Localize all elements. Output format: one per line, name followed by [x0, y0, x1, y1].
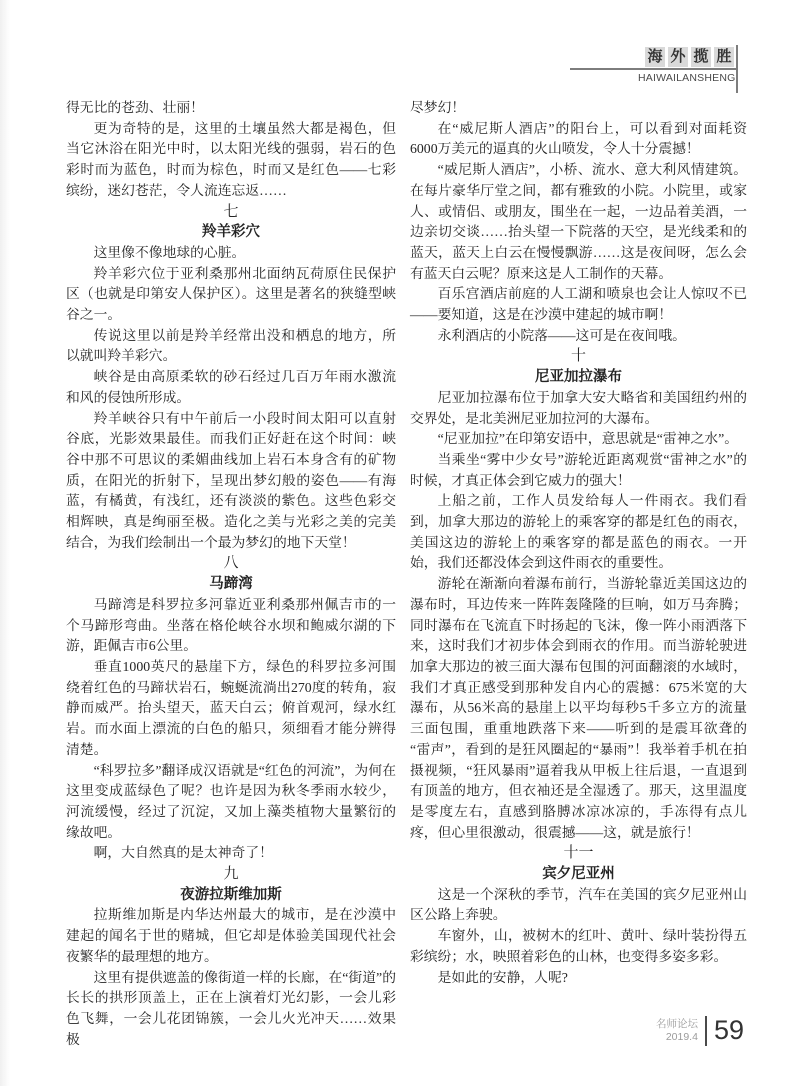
paragraph: 羚羊彩穴位于亚利桑那州北面纳瓦荷原住民保护区（也就是印第安人保护区）。这里是著名…	[66, 264, 396, 326]
paragraph: 车窗外，山，被树木的红叶、黄叶、绿叶装扮得五彩缤纷；水，映照着彩色的山林，也变得…	[410, 926, 747, 967]
paragraph: 这里像不像地球的心脏。	[66, 243, 396, 264]
journal-info: 名师论坛 2019.4	[656, 1018, 698, 1044]
section-title: 夜游拉斯维加斯	[66, 885, 396, 906]
paragraph-continuation: 尽梦幻！	[410, 98, 747, 119]
paragraph: 啊，大自然真的是太神奇了！	[66, 843, 396, 864]
section-title: 马蹄湾	[66, 574, 396, 595]
column-title-pinyin: HAIWAILANSHENG	[638, 72, 734, 84]
column-title-char: 外	[668, 47, 688, 67]
text-column-left: 得无比的苍劲、壮丽！更为奇特的是，这里的土壤虽然大都是褐色，但当它沐浴在阳光中时…	[66, 98, 396, 1050]
header-rule-vertical	[736, 45, 738, 93]
paragraph: 上船之前，工作人员发给每人一件雨衣。我们看到，加拿大那边的游轮上的乘客穿的都是红…	[410, 491, 747, 574]
paragraph: “尼亚加拉”在印第安语中，意思就是“雷神之水”。	[410, 429, 747, 450]
paragraph: 尼亚加拉瀑布位于加拿大安大略省和美国纽约州的交界处，是北美洲尼亚加拉河的大瀑布。	[410, 388, 747, 429]
section-number: 八	[66, 553, 396, 574]
section-title: 尼亚加拉瀑布	[410, 367, 747, 388]
page-number: 59	[714, 1015, 744, 1046]
footer-divider	[705, 1016, 707, 1046]
paragraph: 峡谷是由高原柔软的砂石经过几百万年雨水激流和风的侵蚀所形成。	[66, 367, 396, 408]
magazine-page: 海外揽胜 HAIWAILANSHENG 得无比的苍劲、壮丽！更为奇特的是，这里的…	[0, 0, 800, 1086]
paragraph: “科罗拉多”翻译成汉语就是“红色的河流”，为何在这里变成蓝绿色了呢？也许是因为秋…	[66, 761, 396, 844]
paragraph: 更为奇特的是，这里的土壤虽然大都是褐色，但当它沐浴在阳光中时，以太阳光线的强弱，…	[66, 119, 396, 202]
paragraph: 传说这里以前是羚羊经常出没和栖息的地方，所以就叫羚羊彩穴。	[66, 326, 396, 367]
header-rule-horizontal	[570, 68, 737, 70]
paragraph: 拉斯维加斯是内华达州最大的城市，是在沙漠中建起的闻名于世的赌城，但它却是体验美国…	[66, 905, 396, 967]
paragraph: 永利酒店的小院落——这可是在夜间哦。	[410, 326, 747, 347]
paragraph: 在“威尼斯人酒店”的阳台上，可以看到对面耗资6000万美元的逼真的火山喷发，令人…	[410, 119, 747, 160]
paragraph: 游轮在渐渐向着瀑布前行，当游轮靠近美国这边的瀑布时，耳边传来一阵阵轰隆隆的巨响，…	[410, 574, 747, 843]
column-title: 海外揽胜	[645, 47, 734, 67]
paragraph: 垂直1000英尺的悬崖下方，绿色的科罗拉多河围绕着红色的马蹄状岩石，蜿蜒流淌出2…	[66, 657, 396, 761]
column-title-char: 揽	[691, 47, 711, 67]
paragraph: 当乘坐“雾中少女号”游轮近距离观赏“雷神之水”的时候，才真正体会到它威力的强大！	[410, 450, 747, 491]
paragraph: 是如此的安静，人呢?	[410, 968, 747, 989]
journal-issue: 2019.4	[656, 1031, 698, 1044]
section-title: 羚羊彩穴	[66, 222, 396, 243]
scan-edge-shadow	[0, 0, 10, 1086]
paragraph: 马蹄湾是科罗拉多河靠近亚利桑那州佩吉市的一个马蹄形弯曲。坐落在格伦峡谷水坝和鲍威…	[66, 595, 396, 657]
page-footer: 名师论坛 2019.4 59	[656, 1015, 744, 1046]
paragraph: 羚羊峡谷只有中午前后一小段时间太阳可以直射谷底，光影效果最佳。而我们正好赶在这个…	[66, 409, 396, 554]
paragraph: 这里有提供遮盖的像街道一样的长廊，在“街道”的长长的拱形顶盖上，正在上演着灯光幻…	[66, 968, 396, 1051]
section-number: 十	[410, 346, 747, 367]
paragraph: 这是一个深秋的季节，汽车在美国的宾夕尼亚州山区公路上奔驶。	[410, 885, 747, 926]
column-title-char: 海	[645, 47, 665, 67]
text-column-right: 尽梦幻！在“威尼斯人酒店”的阳台上，可以看到对面耗资6000万美元的逼真的火山喷…	[410, 98, 747, 988]
section-title: 宾夕尼亚州	[410, 864, 747, 885]
journal-name: 名师论坛	[656, 1018, 698, 1031]
paragraph: “威尼斯人酒店”，小桥、流水、意大利风情建筑。在每片豪华厅堂之间，都有雅致的小院…	[410, 160, 747, 284]
section-number: 十一	[410, 843, 747, 864]
paragraph-continuation: 得无比的苍劲、壮丽！	[66, 98, 396, 119]
section-number: 七	[66, 202, 396, 223]
paragraph: 百乐宫酒店前庭的人工湖和喷泉也会让人惊叹不已——要知道，这是在沙漠中建起的城市啊…	[410, 284, 747, 325]
section-number: 九	[66, 864, 396, 885]
column-title-char: 胜	[714, 47, 734, 67]
